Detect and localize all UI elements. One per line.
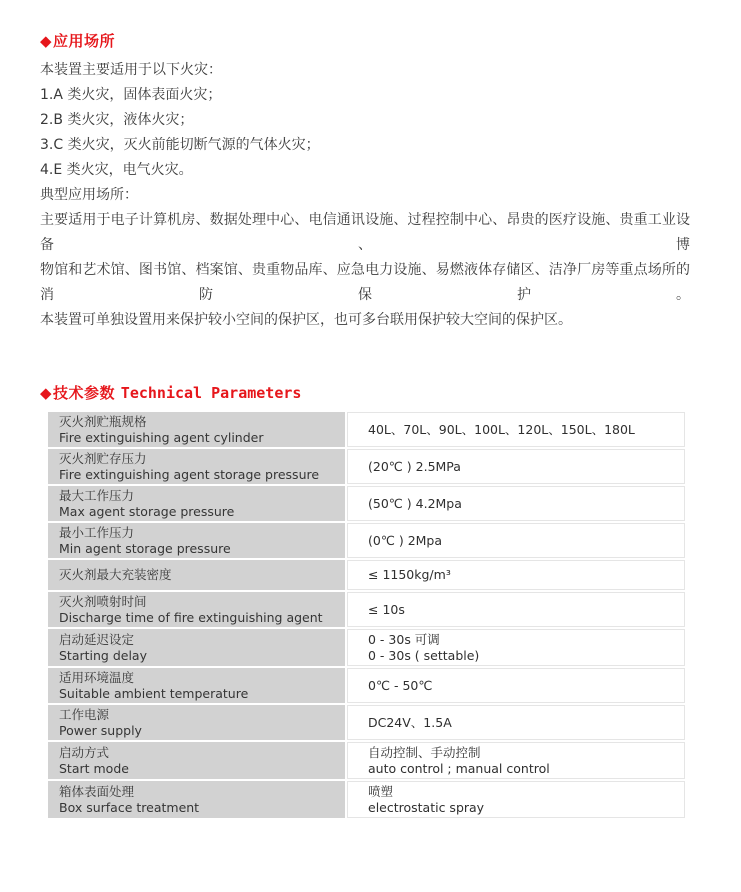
- fire-type-line: 2.B 类火灾，液体火灾；: [40, 108, 690, 133]
- table-row: 启动延迟设定 Starting delay 0 - 30s 可调 0 - 30s…: [48, 629, 685, 666]
- param-value-line: 0 - 30s ( settable): [368, 648, 676, 664]
- param-label-zh: 灭火剂最大充装密度: [59, 567, 337, 583]
- document-page: ◆应用场所 本装置主要适用于以下火灾： 1.A 类火灾，固体表面火灾； 2.B …: [0, 0, 741, 818]
- typical-label-line: 典型应用场所：: [40, 183, 690, 208]
- diamond-icon: ◆: [40, 32, 52, 50]
- param-label-zh: 箱体表面处理: [59, 784, 337, 800]
- param-label-en: Min agent storage pressure: [59, 541, 337, 557]
- param-value-line: ≤ 1150kg/m³: [368, 567, 676, 583]
- param-label-en: Discharge time of fire extinguishing age…: [59, 610, 337, 626]
- fire-type-line: 4.E 类火灾，电气火灾。: [40, 158, 690, 183]
- param-label-zh: 启动延迟设定: [59, 632, 337, 648]
- param-label-zh: 启动方式: [59, 745, 337, 761]
- table-row: 适用环境温度 Suitable ambient temperature 0℃ -…: [48, 668, 685, 703]
- table-row: 灭火剂最大充装密度 ≤ 1150kg/m³: [48, 560, 685, 590]
- section-title-application: ◆应用场所: [40, 31, 690, 51]
- param-value: 0℃ - 50℃: [347, 668, 685, 703]
- table-row: 灭火剂贮瓶规格 Fire extinguishing agent cylinde…: [48, 412, 685, 447]
- section-title-parameters: ◆技术参数 Technical Parameters: [40, 383, 690, 403]
- param-value: ≤ 10s: [347, 592, 685, 627]
- param-label-en: Power supply: [59, 723, 337, 739]
- param-label-en: Starting delay: [59, 648, 337, 664]
- param-label: 灭火剂最大充装密度: [48, 560, 345, 590]
- param-value-line: (0℃ ) 2Mpa: [368, 533, 676, 549]
- param-label: 工作电源 Power supply: [48, 705, 345, 740]
- parameters-table: 灭火剂贮瓶规格 Fire extinguishing agent cylinde…: [48, 412, 685, 818]
- param-label-en: Fire extinguishing agent storage pressur…: [59, 467, 337, 483]
- table-row: 最大工作压力 Max agent storage pressure (50℃ )…: [48, 486, 685, 521]
- table-row: 箱体表面处理 Box surface treatment 喷塑 electros…: [48, 781, 685, 818]
- param-value-line: ≤ 10s: [368, 602, 676, 618]
- typical-paragraph-line: 物馆和艺术馆、图书馆、档案馆、贵重物品库、应急电力设施、易燃液体存储区、洁净厂房…: [40, 258, 690, 308]
- intro-line: 本装置主要适用于以下火灾：: [40, 58, 690, 83]
- fire-type-line: 3.C 类火灾，灭火前能切断气源的气体火灾；: [40, 133, 690, 158]
- param-value: 自动控制、手动控制 auto control ; manual control: [347, 742, 685, 779]
- param-label-en: Fire extinguishing agent cylinder: [59, 430, 337, 446]
- table-row: 最小工作压力 Min agent storage pressure (0℃ ) …: [48, 523, 685, 558]
- param-label: 灭火剂喷射时间 Discharge time of fire extinguis…: [48, 592, 345, 627]
- diamond-icon: ◆: [40, 384, 52, 402]
- param-label: 灭火剂贮存压力 Fire extinguishing agent storage…: [48, 449, 345, 484]
- param-value-line: 0℃ - 50℃: [368, 678, 676, 694]
- param-label: 最大工作压力 Max agent storage pressure: [48, 486, 345, 521]
- typical-paragraph-line: 主要适用于电子计算机房、数据处理中心、电信通讯设施、过程控制中心、昂贵的医疗设施…: [40, 208, 690, 258]
- param-value-line: auto control ; manual control: [368, 761, 676, 777]
- section-title-parameters-en: Technical Parameters: [121, 384, 302, 402]
- param-value-line: 喷塑: [368, 784, 676, 800]
- param-value: (0℃ ) 2Mpa: [347, 523, 685, 558]
- param-label-en: Max agent storage pressure: [59, 504, 337, 520]
- table-row: 工作电源 Power supply DC24V、1.5A: [48, 705, 685, 740]
- param-label-zh: 工作电源: [59, 707, 337, 723]
- param-value: 喷塑 electrostatic spray: [347, 781, 685, 818]
- param-label: 箱体表面处理 Box surface treatment: [48, 781, 345, 818]
- param-label: 灭火剂贮瓶规格 Fire extinguishing agent cylinde…: [48, 412, 345, 447]
- param-label-en: Suitable ambient temperature: [59, 686, 337, 702]
- param-label-en: Box surface treatment: [59, 800, 337, 816]
- param-label-zh: 灭火剂贮存压力: [59, 451, 337, 467]
- param-value-line: 40L、70L、90L、100L、120L、150L、180L: [368, 422, 676, 438]
- param-value: (20℃ ) 2.5MPa: [347, 449, 685, 484]
- param-label-en: Start mode: [59, 761, 337, 777]
- param-label: 适用环境温度 Suitable ambient temperature: [48, 668, 345, 703]
- table-row: 灭火剂贮存压力 Fire extinguishing agent storage…: [48, 449, 685, 484]
- section-title-application-text: 应用场所: [53, 32, 115, 50]
- param-label: 启动延迟设定 Starting delay: [48, 629, 345, 666]
- application-text-block: 本装置主要适用于以下火灾： 1.A 类火灾，固体表面火灾； 2.B 类火灾，液体…: [40, 58, 690, 333]
- param-label-zh: 最小工作压力: [59, 525, 337, 541]
- param-value: 40L、70L、90L、100L、120L、150L、180L: [347, 412, 685, 447]
- param-value-line: electrostatic spray: [368, 800, 676, 816]
- typical-paragraph-line: 本装置可单独设置用来保护较小空间的保护区，也可多台联用保护较大空间的保护区。: [40, 308, 690, 333]
- param-value-line: 0 - 30s 可调: [368, 632, 676, 648]
- param-label-zh: 灭火剂喷射时间: [59, 594, 337, 610]
- param-label: 最小工作压力 Min agent storage pressure: [48, 523, 345, 558]
- param-value-line: (50℃ ) 4.2Mpa: [368, 496, 676, 512]
- table-row: 灭火剂喷射时间 Discharge time of fire extinguis…: [48, 592, 685, 627]
- param-label: 启动方式 Start mode: [48, 742, 345, 779]
- param-label-zh: 适用环境温度: [59, 670, 337, 686]
- param-value-line: DC24V、1.5A: [368, 715, 676, 731]
- fire-type-line: 1.A 类火灾，固体表面火灾；: [40, 83, 690, 108]
- param-label-zh: 灭火剂贮瓶规格: [59, 414, 337, 430]
- param-value: 0 - 30s 可调 0 - 30s ( settable): [347, 629, 685, 666]
- param-value-line: 自动控制、手动控制: [368, 745, 676, 761]
- param-value-line: (20℃ ) 2.5MPa: [368, 459, 676, 475]
- table-row: 启动方式 Start mode 自动控制、手动控制 auto control ;…: [48, 742, 685, 779]
- param-value: ≤ 1150kg/m³: [347, 560, 685, 590]
- param-value: DC24V、1.5A: [347, 705, 685, 740]
- param-label-zh: 最大工作压力: [59, 488, 337, 504]
- section-title-parameters-zh: 技术参数: [53, 384, 115, 402]
- param-value: (50℃ ) 4.2Mpa: [347, 486, 685, 521]
